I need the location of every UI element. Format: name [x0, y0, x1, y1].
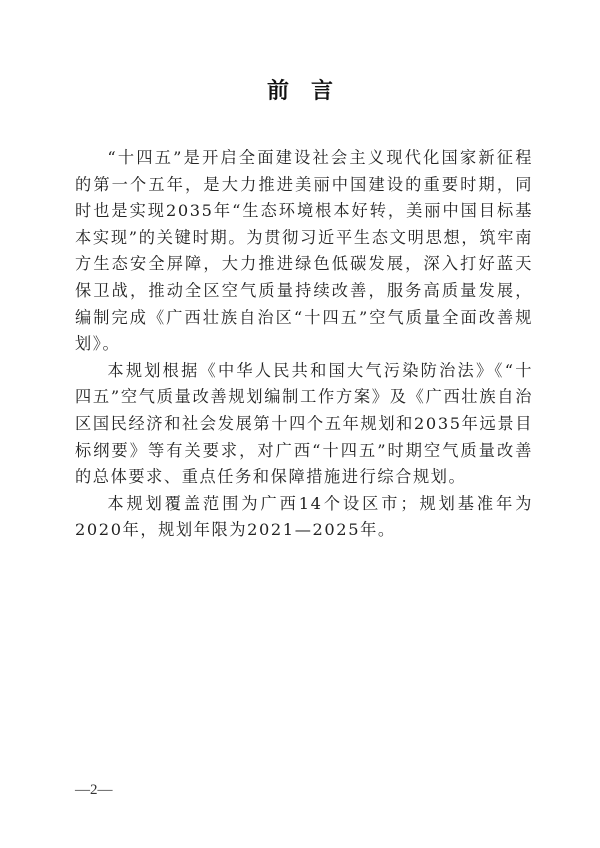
paragraph-2: 本规划根据《中华人民共和国大气污染防治法》《“十四五”空气质量改善规划编制工作方… [75, 358, 533, 491]
paragraph-1: “十四五”是开启全面建设社会主义现代化国家新征程的第一个五年，是大力推进美丽中国… [75, 145, 533, 358]
page-number: —2— [75, 782, 113, 799]
body-text: “十四五”是开启全面建设社会主义现代化国家新征程的第一个五年，是大力推进美丽中国… [75, 145, 533, 544]
page-title: 前言 [0, 74, 600, 105]
paragraph-3: 本规划覆盖范围为广西14个设区市；规划基准年为2020年，规划年限为2021—2… [75, 491, 533, 544]
document-page: 前言 “十四五”是开启全面建设社会主义现代化国家新征程的第一个五年，是大力推进美… [0, 0, 600, 848]
